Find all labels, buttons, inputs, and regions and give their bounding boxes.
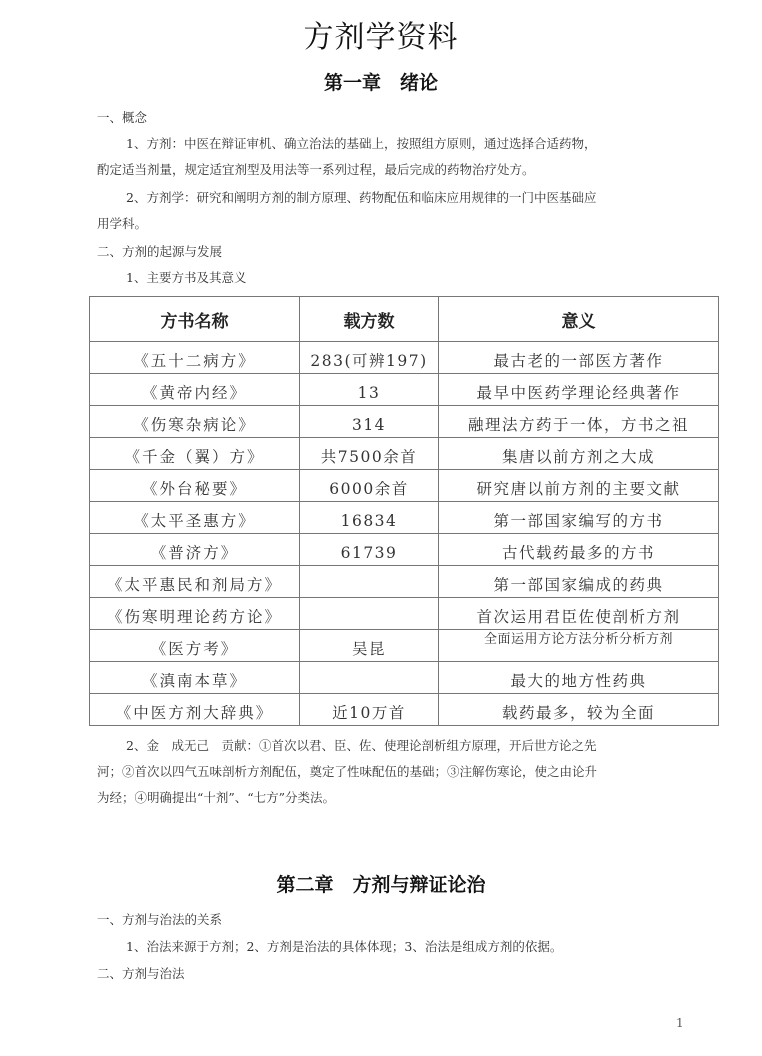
count-cell: 61739: [300, 534, 439, 566]
table-row: 《伤寒杂病论》 314 融理法方药于一体，方书之祖: [90, 406, 719, 438]
page-number: 1: [676, 1016, 684, 1030]
meaning-cell: 全面运用方论方法分析分析方剂: [439, 630, 719, 662]
count-cell: 吴昆: [300, 630, 439, 662]
main-books-table: 方书名称 载方数 意义 《五十二病方》 283(可辨197) 最古老的一部医方著…: [89, 296, 719, 726]
table-row: 《外台秘要》 6000余首 研究唐以前方剂的主要文献: [90, 470, 719, 502]
chapter-2-title: 第二章 方剂与辩证论治: [0, 872, 762, 898]
section-heading-fangji-zhifa-relation: 一、方剂与治法的关系: [97, 910, 222, 930]
table-row: 《普济方》 61739 古代载药最多的方书: [90, 534, 719, 566]
section-heading-concept: 一、概念: [97, 108, 147, 128]
meaning-cell: 融理法方药于一体，方书之祖: [439, 406, 719, 438]
table-row: 《滇南本草》 最大的地方性药典: [90, 662, 719, 694]
meaning-cell: 载药最多，较为全面: [439, 694, 719, 726]
header-book-name: 方书名称: [90, 297, 300, 342]
section-heading-fangji-zhifa: 二、方剂与治法: [97, 964, 185, 984]
paragraph-chengwuji-line3: 为经；④明确提出“十剂”、“七方”分类法。: [97, 788, 335, 808]
book-name-cell: 《黄帝内经》: [90, 374, 300, 406]
book-name-cell: 《伤寒明理论药方论》: [90, 598, 300, 630]
table-row: 《伤寒明理论药方论》 首次运用君臣佐使剖析方剂: [90, 598, 719, 630]
paragraph-relation: 1、治法来源于方剂；2、方剂是治法的具体体现；3、治法是组成方剂的依据。: [126, 937, 562, 957]
table-row: 《黄帝内经》 13 最早中医药学理论经典著作: [90, 374, 719, 406]
table-row: 《中医方剂大辞典》 近10万首 载药最多，较为全面: [90, 694, 719, 726]
subheading-main-books: 1、主要方书及其意义: [126, 268, 246, 288]
paragraph-fangjixue-line1: 2、方剂学：研究和阐明方剂的制方原理、药物配伍和临床应用规律的一门中医基础应: [126, 188, 596, 208]
header-significance: 意义: [439, 297, 719, 342]
section-heading-origin: 二、方剂的起源与发展: [97, 242, 222, 262]
paragraph-fangjixue-line2: 用学科。: [97, 214, 147, 234]
meaning-cell: 最早中医药学理论经典著作: [439, 374, 719, 406]
book-name-cell: 《千金（翼）方》: [90, 438, 300, 470]
table-row: 《医方考》 吴昆 全面运用方论方法分析分析方剂: [90, 630, 719, 662]
book-name-cell: 《中医方剂大辞典》: [90, 694, 300, 726]
table-header-row: 方书名称 载方数 意义: [90, 297, 719, 342]
chapter-1-title: 第一章 绪论: [0, 70, 762, 96]
meaning-cell: 首次运用君臣佐使剖析方剂: [439, 598, 719, 630]
table-row: 《五十二病方》 283(可辨197) 最古老的一部医方著作: [90, 342, 719, 374]
meaning-cell: 古代载药最多的方书: [439, 534, 719, 566]
table-row: 《千金（翼）方》 共7500余首 集唐以前方剂之大成: [90, 438, 719, 470]
book-name-cell: 《太平圣惠方》: [90, 502, 300, 534]
book-name-cell: 《滇南本草》: [90, 662, 300, 694]
document-title: 方剂学资料: [0, 18, 762, 58]
paragraph-chengwuji-line2: 河；②首次以四气五味剖析方剂配伍，奠定了性味配伍的基础；③注解伤寒论，使之由论升: [97, 762, 597, 782]
count-cell: [300, 566, 439, 598]
table-row: 《太平圣惠方》 16834 第一部国家编写的方书: [90, 502, 719, 534]
count-cell: 314: [300, 406, 439, 438]
header-prescription-count: 载方数: [300, 297, 439, 342]
book-name-cell: 《外台秘要》: [90, 470, 300, 502]
book-name-cell: 《伤寒杂病论》: [90, 406, 300, 438]
count-cell: [300, 662, 439, 694]
count-cell: [300, 598, 439, 630]
book-name-cell: 《太平惠民和剂局方》: [90, 566, 300, 598]
count-cell: 16834: [300, 502, 439, 534]
meaning-cell: 第一部国家编写的方书: [439, 502, 719, 534]
paragraph-chengwuji-line1: 2、金 成无己 贡献：①首次以君、臣、佐、使理论剖析组方原理，开后世方论之先: [126, 736, 596, 756]
book-name-cell: 《普济方》: [90, 534, 300, 566]
meaning-cell: 研究唐以前方剂的主要文献: [439, 470, 719, 502]
meaning-cell: 集唐以前方剂之大成: [439, 438, 719, 470]
count-cell: 近10万首: [300, 694, 439, 726]
count-cell: 283(可辨197): [300, 342, 439, 374]
book-name-cell: 《医方考》: [90, 630, 300, 662]
book-name-cell: 《五十二病方》: [90, 342, 300, 374]
meaning-cell: 最古老的一部医方著作: [439, 342, 719, 374]
count-cell: 共7500余首: [300, 438, 439, 470]
paragraph-fangji-line2: 酌定适当剂量，规定适宜剂型及用法等一系列过程，最后完成的药物治疗处方。: [97, 160, 535, 180]
count-cell: 6000余首: [300, 470, 439, 502]
table-row: 《太平惠民和剂局方》 第一部国家编成的药典: [90, 566, 719, 598]
meaning-cell: 最大的地方性药典: [439, 662, 719, 694]
paragraph-fangji-line1: 1、方剂：中医在辩证审机、确立治法的基础上，按照组方原则，通过选择合适药物，: [126, 134, 596, 154]
meaning-cell: 第一部国家编成的药典: [439, 566, 719, 598]
count-cell: 13: [300, 374, 439, 406]
